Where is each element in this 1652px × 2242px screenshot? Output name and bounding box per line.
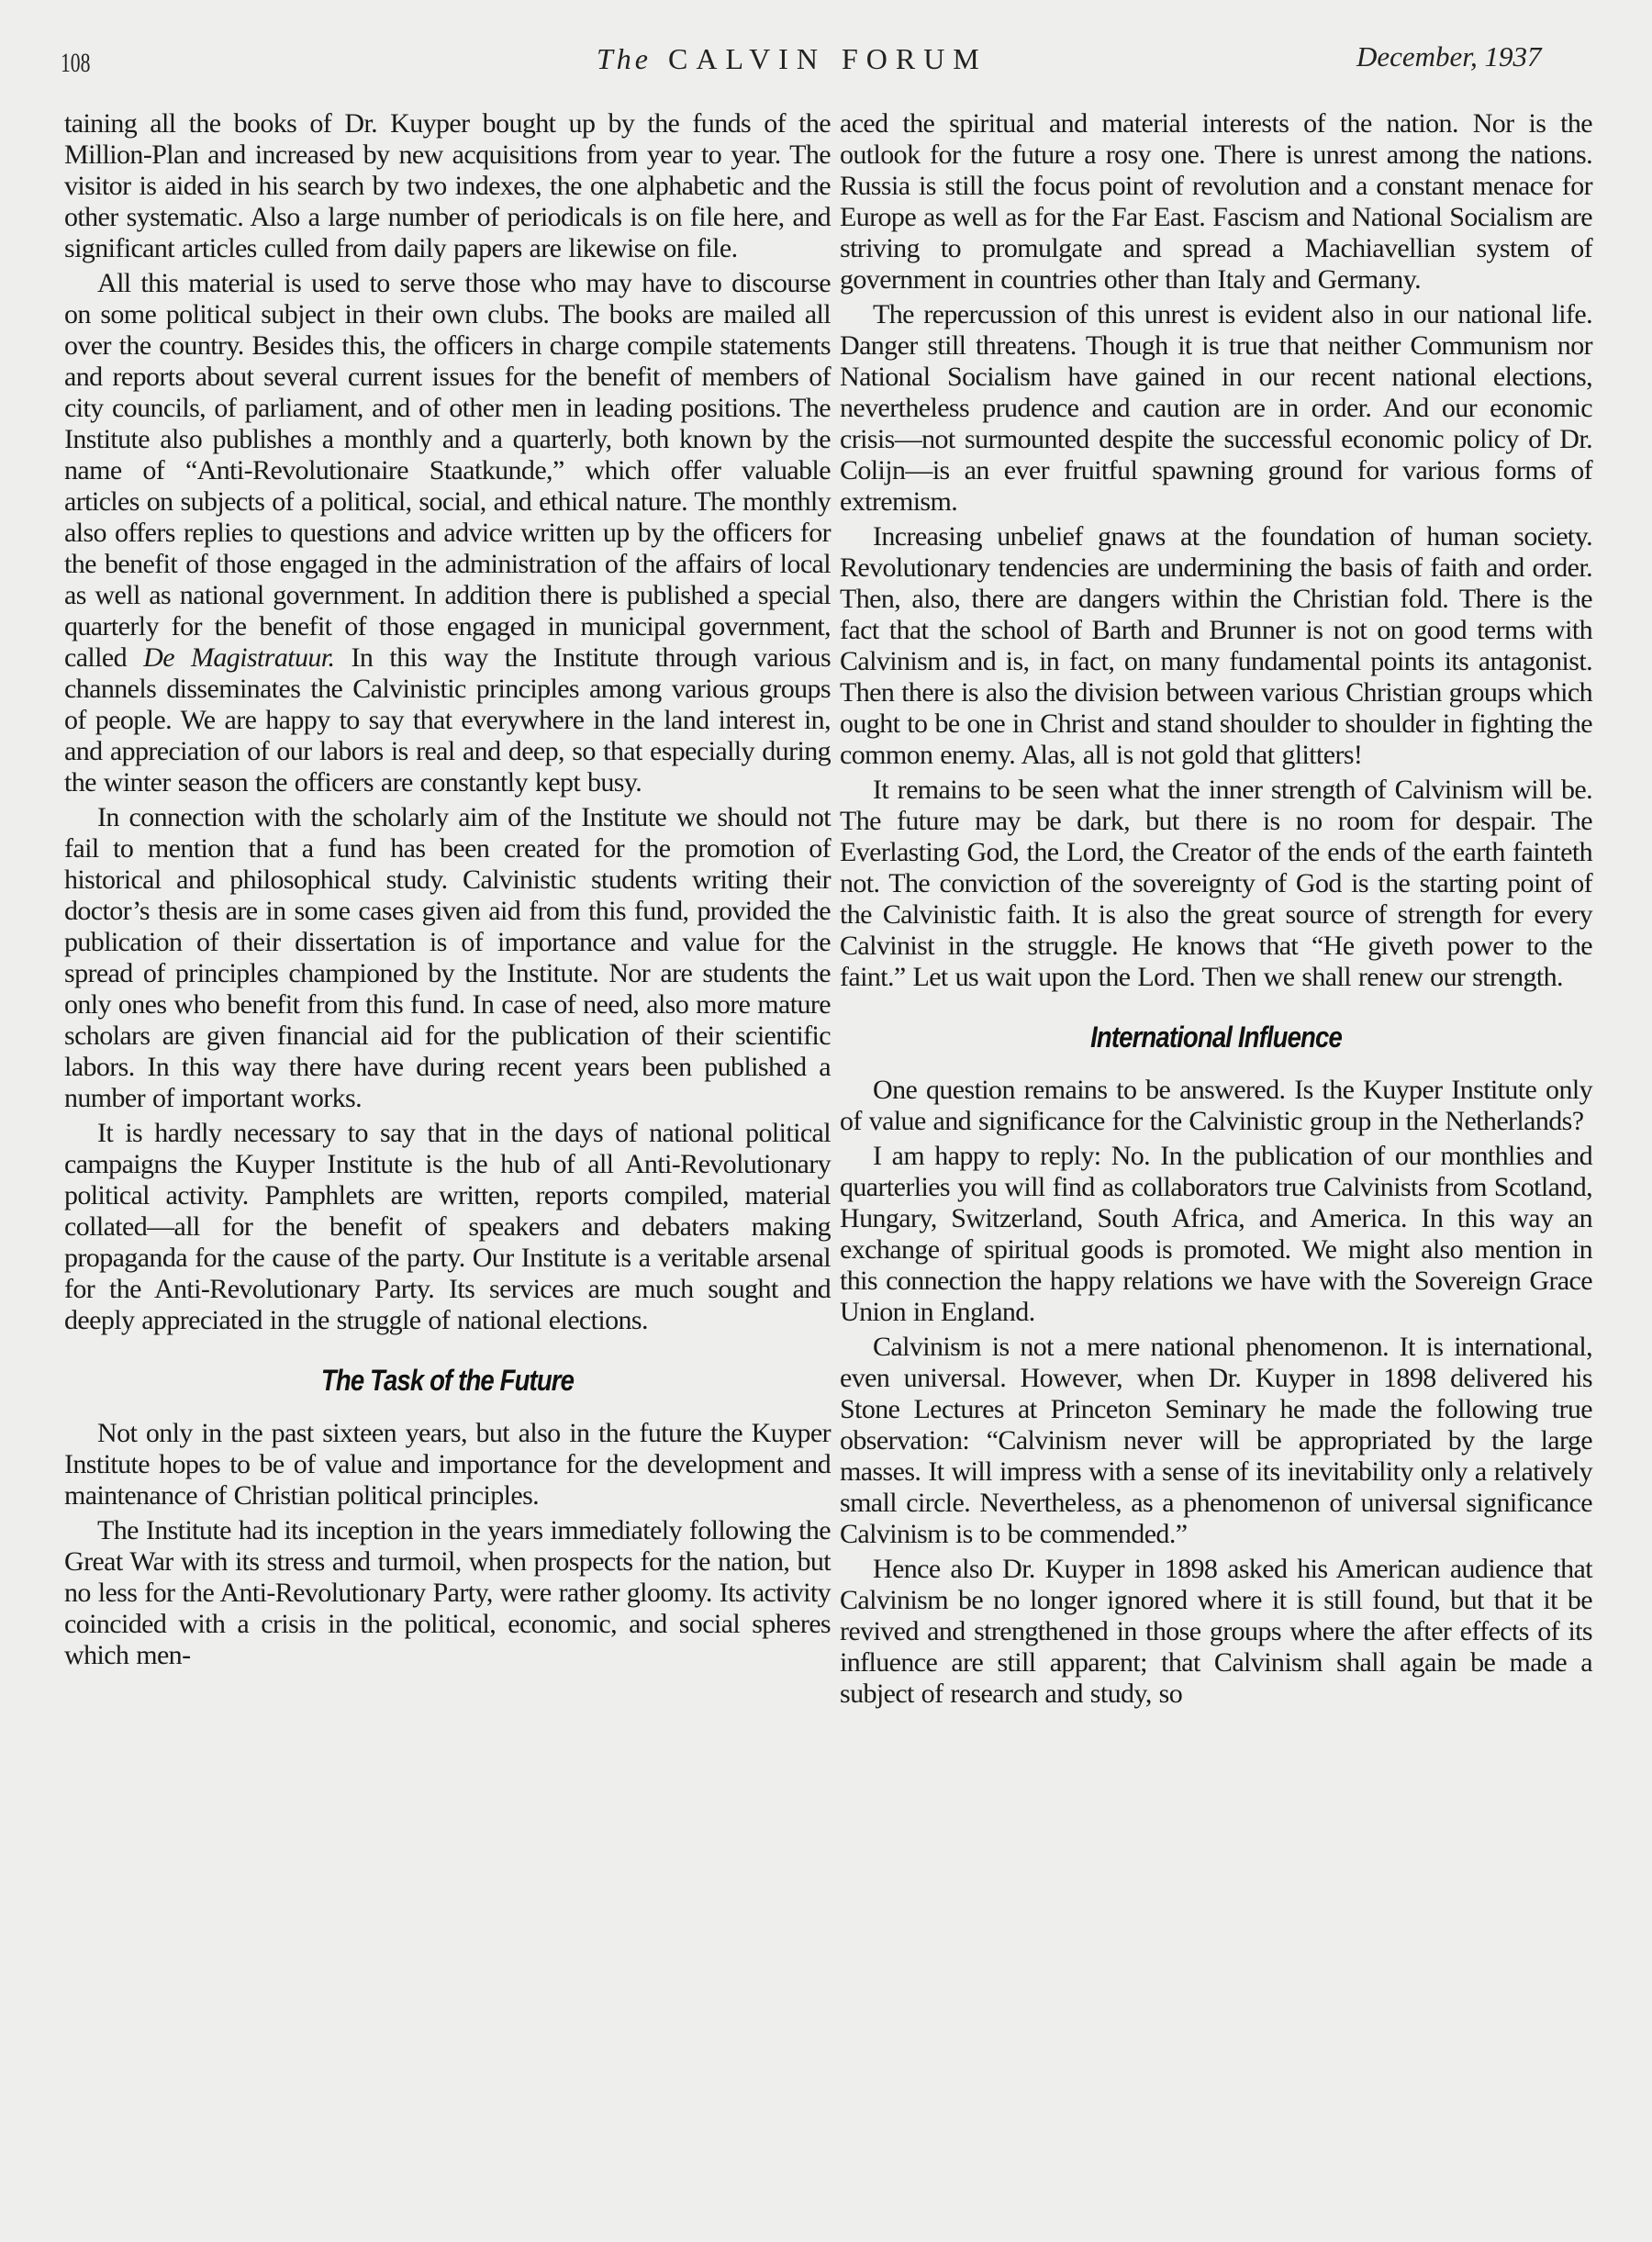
left-column: taining all the books of Dr. Kuyper boug… bbox=[64, 108, 831, 1675]
paragraph: I am happy to reply: No. In the publicat… bbox=[840, 1141, 1592, 1328]
paragraph-text: All this material is used to serve those… bbox=[64, 268, 831, 673]
journal-title-prefix: The bbox=[597, 42, 652, 75]
paragraph: In connection with the scholarly aim of … bbox=[64, 802, 831, 1114]
paragraph: It remains to be seen what the inner str… bbox=[840, 775, 1592, 993]
paragraph: Hence also Dr. Kuyper in 1898 asked his … bbox=[840, 1554, 1592, 1710]
paragraph: The Institute had its inception in the y… bbox=[64, 1515, 831, 1671]
page-header: 108 TheCALVIN FORUM December, 1937 bbox=[0, 0, 1652, 92]
paragraph: Calvinism is not a mere national phenome… bbox=[840, 1332, 1592, 1550]
issue-date: December, 1937 bbox=[1356, 40, 1541, 73]
paragraph: aced the spiritual and material interest… bbox=[840, 108, 1592, 296]
journal-title-main: CALVIN FORUM bbox=[668, 42, 988, 75]
page-number: 108 bbox=[61, 48, 90, 79]
paragraph: One question remains to be answered. Is … bbox=[840, 1075, 1592, 1137]
paragraph: It is hardly necessary to say that in th… bbox=[64, 1118, 831, 1336]
paragraph: taining all the books of Dr. Kuyper boug… bbox=[64, 108, 831, 264]
paragraph: Not only in the past sixteen years, but … bbox=[64, 1418, 831, 1511]
section-heading-task-of-the-future: The Task of the Future bbox=[117, 1364, 776, 1398]
section-heading-international-influence: International Influence bbox=[892, 1021, 1539, 1054]
paragraph: Increasing unbelief gnaws at the foundat… bbox=[840, 521, 1592, 771]
paragraph: The repercussion of this unrest is evide… bbox=[840, 299, 1592, 518]
publication-title: De Magistratuur. bbox=[143, 642, 334, 673]
right-column: aced the spiritual and material interest… bbox=[840, 108, 1592, 1713]
journal-title: TheCALVIN FORUM bbox=[597, 42, 988, 76]
paragraph: All this material is used to serve those… bbox=[64, 268, 831, 798]
